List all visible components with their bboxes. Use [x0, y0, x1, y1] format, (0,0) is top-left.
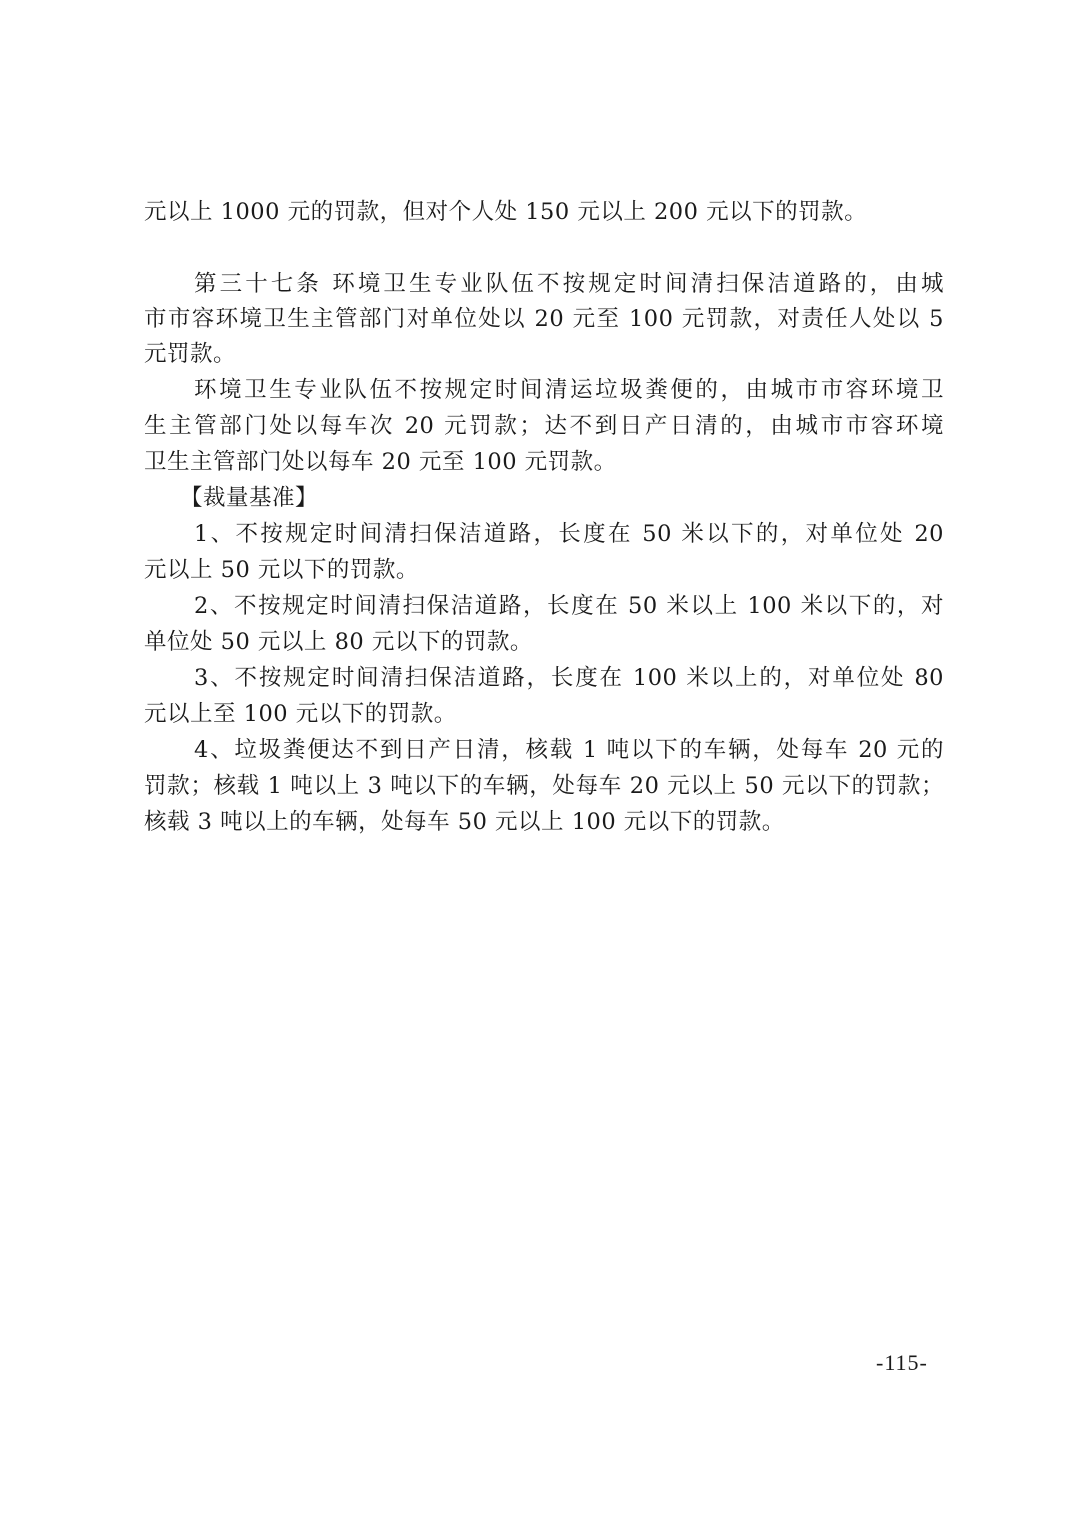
text-line: 罚款；核载 1 吨以上 3 吨以下的车辆，处每车 20 元以上 50 元以下的罚… — [144, 773, 944, 799]
text-line: 环境卫生专业队伍不按规定时间清运垃圾粪便的，由城市市容环境卫 — [194, 377, 944, 403]
text-line: 市市容环境卫生主管部门对单位处以 20 元至 100 元罚款，对责任人处以 5 — [144, 306, 944, 332]
text-line: 元罚款。 — [144, 341, 944, 367]
text-line: 3、不按规定时间清扫保洁道路，长度在 100 米以上的，对单位处 80 — [194, 665, 944, 691]
text-line: 核载 3 吨以上的车辆，处每车 50 元以上 100 元以下的罚款。 — [144, 809, 944, 835]
document-page: 元以上 1000 元的罚款，但对个人处 150 元以上 200 元以下的罚款。第… — [0, 0, 1075, 1520]
text-line: 第三十七条 环境卫生专业队伍不按规定时间清扫保洁道路的，由城 — [194, 271, 944, 297]
text-line: 元以上 50 元以下的罚款。 — [144, 557, 944, 583]
text-line: 2、不按规定时间清扫保洁道路，长度在 50 米以上 100 米以下的，对 — [194, 593, 944, 619]
text-line: 单位处 50 元以上 80 元以下的罚款。 — [144, 629, 944, 655]
page-number: -115- — [876, 1350, 928, 1376]
text-line: 元以上 1000 元的罚款，但对个人处 150 元以上 200 元以下的罚款。 — [144, 199, 944, 225]
text-line: 【裁量基准】 — [180, 485, 944, 511]
text-line: 1、不按规定时间清扫保洁道路，长度在 50 米以下的，对单位处 20 — [194, 521, 944, 547]
text-line: 元以上至 100 元以下的罚款。 — [144, 701, 944, 727]
text-line: 生主管部门处以每车次 20 元罚款；达不到日产日清的，由城市市容环境 — [144, 413, 944, 439]
text-line: 4、垃圾粪便达不到日产日清，核载 1 吨以下的车辆，处每车 20 元的 — [194, 737, 944, 763]
text-line: 卫生主管部门处以每车 20 元至 100 元罚款。 — [144, 449, 944, 475]
